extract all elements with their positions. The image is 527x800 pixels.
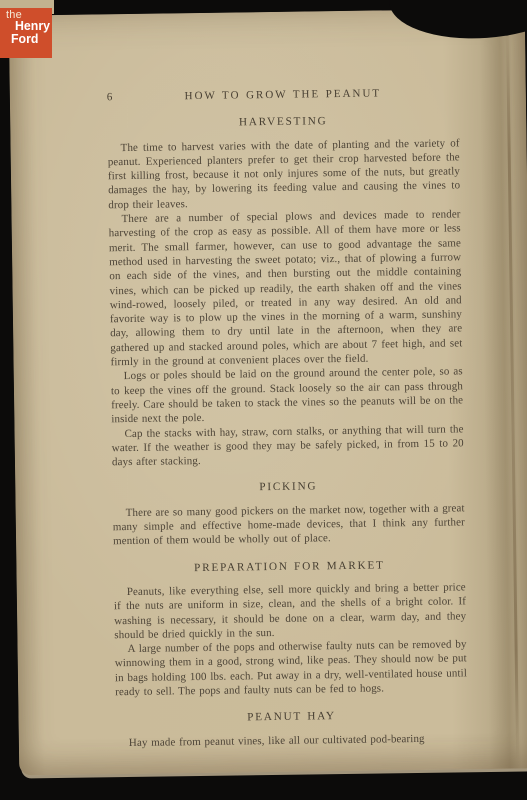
paragraph: Cap the stacks with hay, straw, corn sta… [111, 422, 464, 470]
section-heading: PEANUT HAY [115, 708, 467, 727]
running-title: HOW TO GROW THE PEANUT [185, 87, 382, 102]
section-peanut-hay: PEANUT HAY Hay made from peanut vines, l… [115, 708, 467, 751]
section-picking: PICKING There are so many good pickers o… [112, 478, 465, 549]
paragraph: The time to harvest varies with the date… [107, 136, 460, 212]
section-heading: PREPARATION FOR MARKET [113, 557, 465, 576]
logo-word-ford: Ford [11, 31, 38, 46]
section-heading: PICKING [112, 478, 464, 497]
page-number: 6 [107, 90, 113, 104]
section-harvesting: HARVESTING The time to harvest varies wi… [107, 113, 464, 470]
paragraph: Logs or poles should be laid on the grou… [111, 365, 464, 427]
paragraph: A large number of the pops and otherwise… [114, 637, 467, 699]
scan-photo: 6 HOW TO GROW THE PEANUT HARVESTING The … [0, 0, 527, 800]
section-preparation-for-market: PREPARATION FOR MARKET Peanuts, like eve… [113, 557, 467, 700]
section-heading: HARVESTING [107, 113, 459, 132]
paragraph: There are a number of special plows and … [108, 207, 462, 369]
gutter-shadow [479, 8, 527, 769]
page-header: 6 HOW TO GROW THE PEANUT [107, 85, 459, 104]
paragraph: There are so many good pickers on the ma… [113, 501, 466, 549]
paragraph: Peanuts, like everything else, sell more… [114, 580, 467, 642]
printed-text-block: 6 HOW TO GROW THE PEANUT HARVESTING The … [107, 85, 468, 750]
paragraph: Hay made from peanut vines, like all our… [116, 731, 468, 750]
henry-ford-logo: the Henry Ford [0, 8, 52, 58]
book-page: 6 HOW TO GROW THE PEANUT HARVESTING The … [9, 8, 527, 775]
